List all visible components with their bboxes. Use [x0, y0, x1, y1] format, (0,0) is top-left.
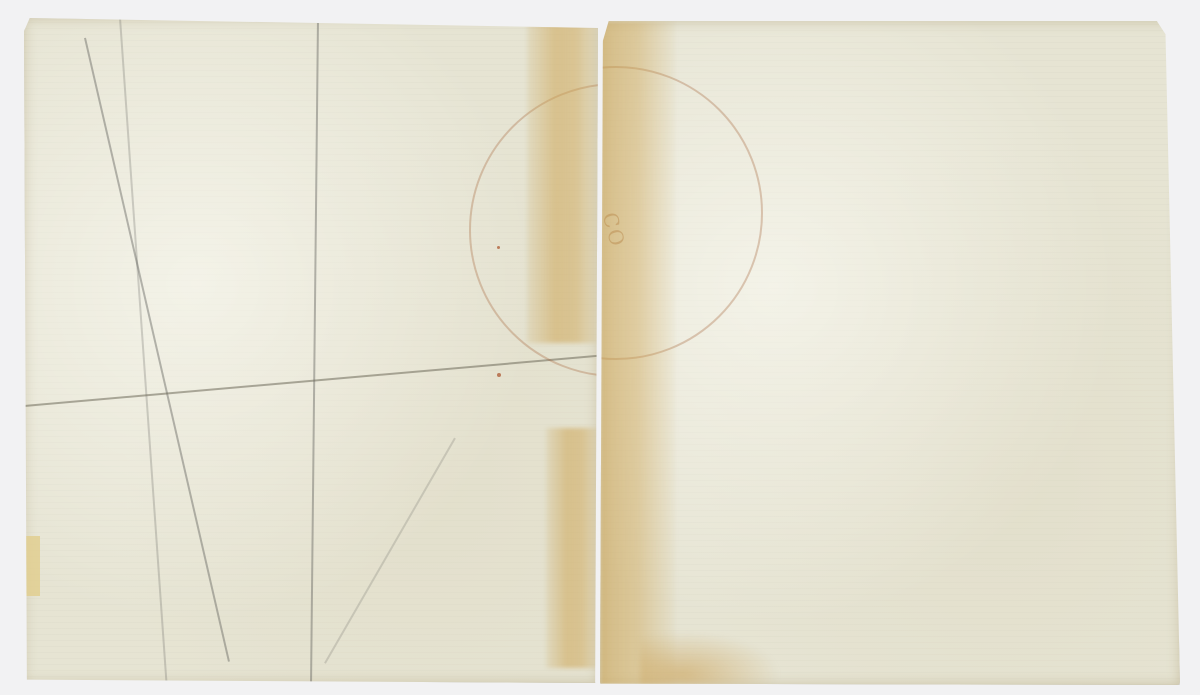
vertical-crease: [310, 18, 318, 683]
paper-piece-right: CO: [600, 21, 1180, 685]
rust-spot: [497, 373, 501, 377]
tape-stain-bottom: [546, 428, 598, 668]
diagonal-crease: [324, 438, 455, 664]
diagonal-crease: [119, 18, 167, 681]
tape-stain-top: [527, 23, 597, 343]
horizontal-fold: [24, 355, 598, 407]
tape-stain-left-edge: [600, 21, 675, 685]
paper-piece-left: [24, 18, 598, 683]
edge-tape-fragment: [24, 536, 40, 596]
rust-spot: [497, 246, 500, 249]
brown-stain-bottom: [640, 631, 780, 685]
